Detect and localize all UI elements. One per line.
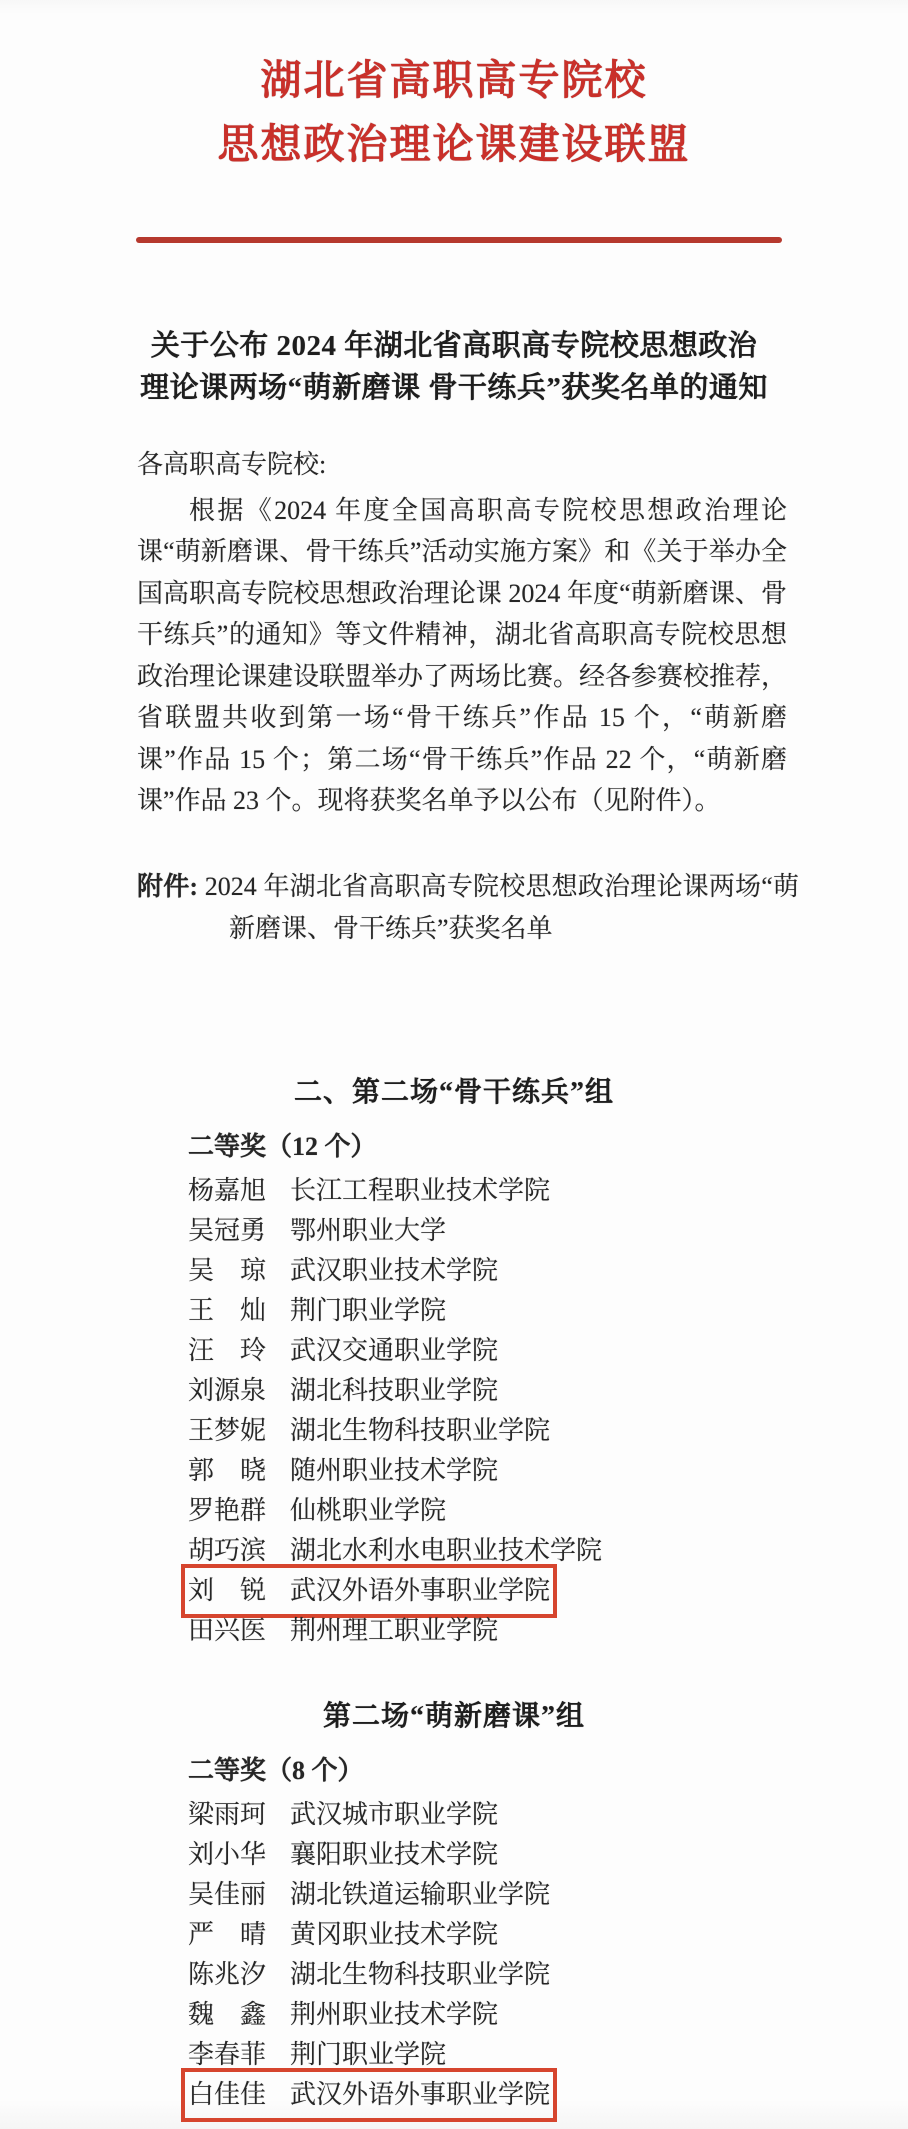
awardee-school: 随州职业技术学院 [290,1456,498,1485]
section-heading: 二、第二场“骨干练兵”组 [0,1076,908,1110]
section-mengxin-moke: 第二场“萌新磨课”组 二等奖（8 个） 梁雨珂武汉城市职业学院刘小华襄阳职业技术… [0,1700,908,2115]
award-rows: 梁雨珂武汉城市职业学院刘小华襄阳职业技术学院吴佳丽湖北铁道运输职业学院严 晴黄冈… [188,1795,908,2115]
awardee-school: 荆州理工职业学院 [290,1616,498,1645]
awardee-school: 武汉城市职业学院 [290,1800,498,1829]
awardee-name: 汪 玲 [188,1331,274,1371]
awardee-school: 武汉外语外事职业学院 [290,2080,550,2109]
award-row: 刘小华襄阳职业技术学院 [188,1835,908,1875]
document-title: 关于公布 2024 年湖北省高职高专院校思想政治 理论课两场“萌新磨课 骨干练兵… [0,325,908,409]
awardee-school: 武汉交通职业学院 [290,1336,498,1365]
award-tier-label: 二等奖（12 个） [188,1127,908,1167]
award-row-content: 罗艳群仙桃职业学院 [188,1491,446,1531]
awardee-school: 黄冈职业技术学院 [290,1920,498,1949]
award-row-content: 吴 琼武汉职业技术学院 [188,1251,498,1291]
award-row-content: 田兴医荆州理工职业学院 [188,1611,498,1651]
award-row-content: 王 灿荆门职业学院 [188,1291,446,1331]
awardee-school: 鄂州职业大学 [290,1216,446,1245]
awardee-school: 湖北生物科技职业学院 [290,1416,550,1445]
awardee-name: 白佳佳 [188,2075,274,2115]
attachment-label: 附件: [137,872,198,901]
body-content: 各高职高专院校: 根据《2024 年度全国高职高专院校思想政治理论课“萌新磨课、… [137,444,787,822]
awardee-name: 郭 晓 [188,1451,274,1491]
masthead: 湖北省高职高专院校 思想政治理论课建设联盟 [0,48,908,176]
awardee-school: 武汉外语外事职业学院 [290,1576,550,1605]
salutation: 各高职高专院校: [137,444,787,486]
award-row-content: 李春菲荆门职业学院 [188,2035,446,2075]
masthead-line1: 湖北省高职高专院校 [0,48,908,112]
award-row: 郭 晓随州职业技术学院 [188,1451,908,1491]
awardee-school: 荆门职业学院 [290,2040,446,2069]
award-row-content: 胡巧滨湖北水利水电职业技术学院 [188,1531,602,1571]
attachment-block: 附件: 2024 年湖北省高职高专院校思想政治理论课两场“萌新磨课、骨干练兵”获… [137,866,799,950]
awardee-school: 荆门职业学院 [290,1296,446,1325]
award-row-content: 梁雨珂武汉城市职业学院 [188,1795,498,1835]
body-paragraph: 根据《2024 年度全国高职高专院校思想政治理论课“萌新磨课、骨干练兵”活动实施… [137,490,787,822]
award-row: 严 晴黄冈职业技术学院 [188,1915,908,1955]
award-row-content: 陈兆汐湖北生物科技职业学院 [188,1955,550,1995]
awardee-school: 湖北水利水电职业技术学院 [290,1536,602,1565]
awardee-name: 王 灿 [188,1291,274,1331]
awardee-name: 田兴医 [188,1611,274,1651]
award-row: 汪 玲武汉交通职业学院 [188,1331,908,1371]
highlighted-award-row: 刘 锐武汉外语外事职业学院 [188,1571,550,1611]
awardee-school: 荆州职业技术学院 [290,2000,498,2029]
award-row-content: 汪 玲武汉交通职业学院 [188,1331,498,1371]
awardee-school: 湖北铁道运输职业学院 [290,1880,550,1909]
awardee-name: 刘源泉 [188,1371,274,1411]
awardee-name: 王梦妮 [188,1411,274,1451]
awardee-name: 李春菲 [188,2035,274,2075]
awardee-name: 魏 鑫 [188,1995,274,2035]
awardee-name: 刘小华 [188,1835,274,1875]
awardee-name: 杨嘉旭 [188,1171,274,1211]
award-row: 罗艳群仙桃职业学院 [188,1491,908,1531]
awardee-name: 刘 锐 [188,1571,274,1611]
section-heading: 第二场“萌新磨课”组 [0,1700,908,1734]
award-row: 杨嘉旭长江工程职业技术学院 [188,1171,908,1211]
awardee-name: 吴冠勇 [188,1211,274,1251]
award-row-content: 刘源泉湖北科技职业学院 [188,1371,498,1411]
document-page: 湖北省高职高专院校 思想政治理论课建设联盟 关于公布 2024 年湖北省高职高专… [0,0,908,2129]
award-row: 田兴医荆州理工职业学院 [188,1611,908,1651]
awardee-school: 襄阳职业技术学院 [290,1840,498,1869]
section-gugan-lianbing: 二、第二场“骨干练兵”组 二等奖（12 个） 杨嘉旭长江工程职业技术学院吴冠勇鄂… [0,1076,908,1651]
award-row-content: 魏 鑫荆州职业技术学院 [188,1995,498,2035]
awardee-school: 长江工程职业技术学院 [290,1176,550,1205]
awardee-school: 湖北科技职业学院 [290,1376,498,1405]
awardee-name: 梁雨珂 [188,1795,274,1835]
document-title-line2: 理论课两场“萌新磨课 骨干练兵”获奖名单的通知 [0,367,908,409]
masthead-divider-rule [136,237,782,243]
award-row: 吴冠勇鄂州职业大学 [188,1211,908,1251]
awardee-name: 吴佳丽 [188,1875,274,1915]
masthead-line2: 思想政治理论课建设联盟 [0,112,908,176]
award-row-content: 刘小华襄阳职业技术学院 [188,1835,498,1875]
award-row-content: 杨嘉旭长江工程职业技术学院 [188,1171,550,1211]
awardee-school: 湖北生物科技职业学院 [290,1960,550,1989]
award-row-content: 王梦妮湖北生物科技职业学院 [188,1411,550,1451]
award-row: 白佳佳武汉外语外事职业学院 [188,2075,908,2115]
award-row: 刘 锐武汉外语外事职业学院 [188,1571,908,1611]
award-row: 王梦妮湖北生物科技职业学院 [188,1411,908,1451]
award-row: 胡巧滨湖北水利水电职业技术学院 [188,1531,908,1571]
award-row-content: 吴佳丽湖北铁道运输职业学院 [188,1875,550,1915]
award-row: 吴 琼武汉职业技术学院 [188,1251,908,1291]
award-row-content: 吴冠勇鄂州职业大学 [188,1211,446,1251]
award-tier-label: 二等奖（8 个） [188,1751,908,1791]
award-row: 李春菲荆门职业学院 [188,2035,908,2075]
award-row: 吴佳丽湖北铁道运输职业学院 [188,1875,908,1915]
award-row-content: 严 晴黄冈职业技术学院 [188,1915,498,1955]
highlighted-award-row: 白佳佳武汉外语外事职业学院 [188,2075,550,2115]
awardee-school: 仙桃职业学院 [290,1496,446,1525]
awardee-name: 吴 琼 [188,1251,274,1291]
awardee-name: 严 晴 [188,1915,274,1955]
award-row: 魏 鑫荆州职业技术学院 [188,1995,908,2035]
document-title-line1: 关于公布 2024 年湖北省高职高专院校思想政治 [0,325,908,367]
award-row-content: 郭 晓随州职业技术学院 [188,1451,498,1491]
award-row: 梁雨珂武汉城市职业学院 [188,1795,908,1835]
awardee-name: 胡巧滨 [188,1531,274,1571]
awardee-name: 罗艳群 [188,1491,274,1531]
award-rows: 杨嘉旭长江工程职业技术学院吴冠勇鄂州职业大学吴 琼武汉职业技术学院王 灿荆门职业… [188,1171,908,1651]
awardee-school: 武汉职业技术学院 [290,1256,498,1285]
award-row: 陈兆汐湖北生物科技职业学院 [188,1955,908,1995]
attachment-text-value: 2024 年湖北省高职高专院校思想政治理论课两场“萌新磨课、骨干练兵”获奖名单 [205,872,799,943]
award-row: 刘源泉湖北科技职业学院 [188,1371,908,1411]
award-row: 王 灿荆门职业学院 [188,1291,908,1331]
attachment-text: 2024 年湖北省高职高专院校思想政治理论课两场“萌新磨课、骨干练兵”获奖名单 [205,872,799,943]
awardee-name: 陈兆汐 [188,1955,274,1995]
